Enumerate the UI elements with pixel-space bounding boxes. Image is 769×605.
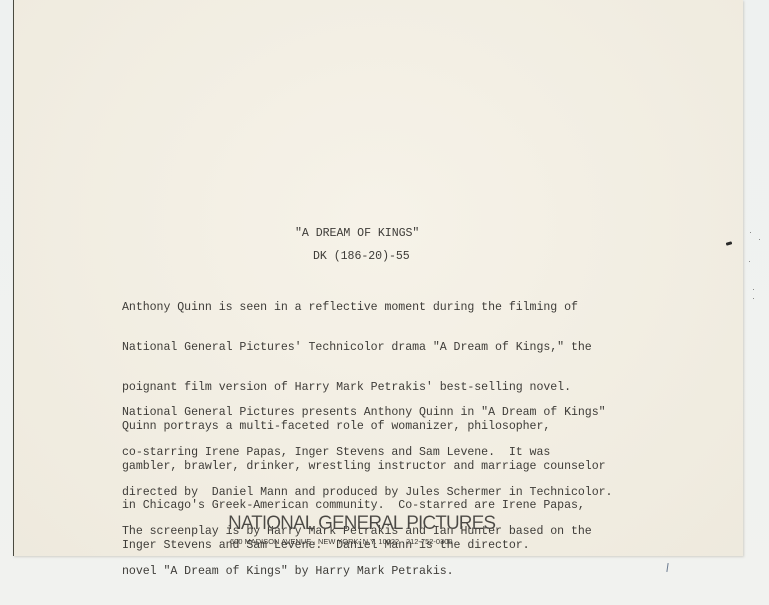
document-title: "A DREAM OF KINGS" bbox=[295, 227, 419, 240]
dust-speck bbox=[750, 232, 751, 233]
dust-speck bbox=[753, 298, 754, 299]
dust-speck bbox=[759, 239, 760, 240]
paragraph-line: National General Pictures' Technicolor d… bbox=[122, 341, 606, 354]
paragraph-line: directed by Daniel Mann and produced by … bbox=[122, 486, 612, 499]
paragraph-line: co-starring Irene Papas, Inger Stevens a… bbox=[122, 446, 612, 459]
paragraph-line: National General Pictures presents Antho… bbox=[122, 406, 612, 419]
company-address: 600 MADISON AVENUE · NEW YORK, N.Y. 1002… bbox=[230, 537, 453, 546]
dust-speck bbox=[749, 261, 750, 262]
document-code: DK (186-20)-55 bbox=[313, 250, 410, 263]
dust-speck bbox=[753, 289, 754, 290]
paragraph-credits: National General Pictures presents Antho… bbox=[122, 380, 612, 591]
paragraph-line: Anthony Quinn is seen in a reflective mo… bbox=[122, 301, 606, 314]
company-logo: NATIONAL GENERAL PICTURES bbox=[228, 513, 495, 535]
paragraph-line: novel "A Dream of Kings" by Harry Mark P… bbox=[122, 565, 612, 578]
